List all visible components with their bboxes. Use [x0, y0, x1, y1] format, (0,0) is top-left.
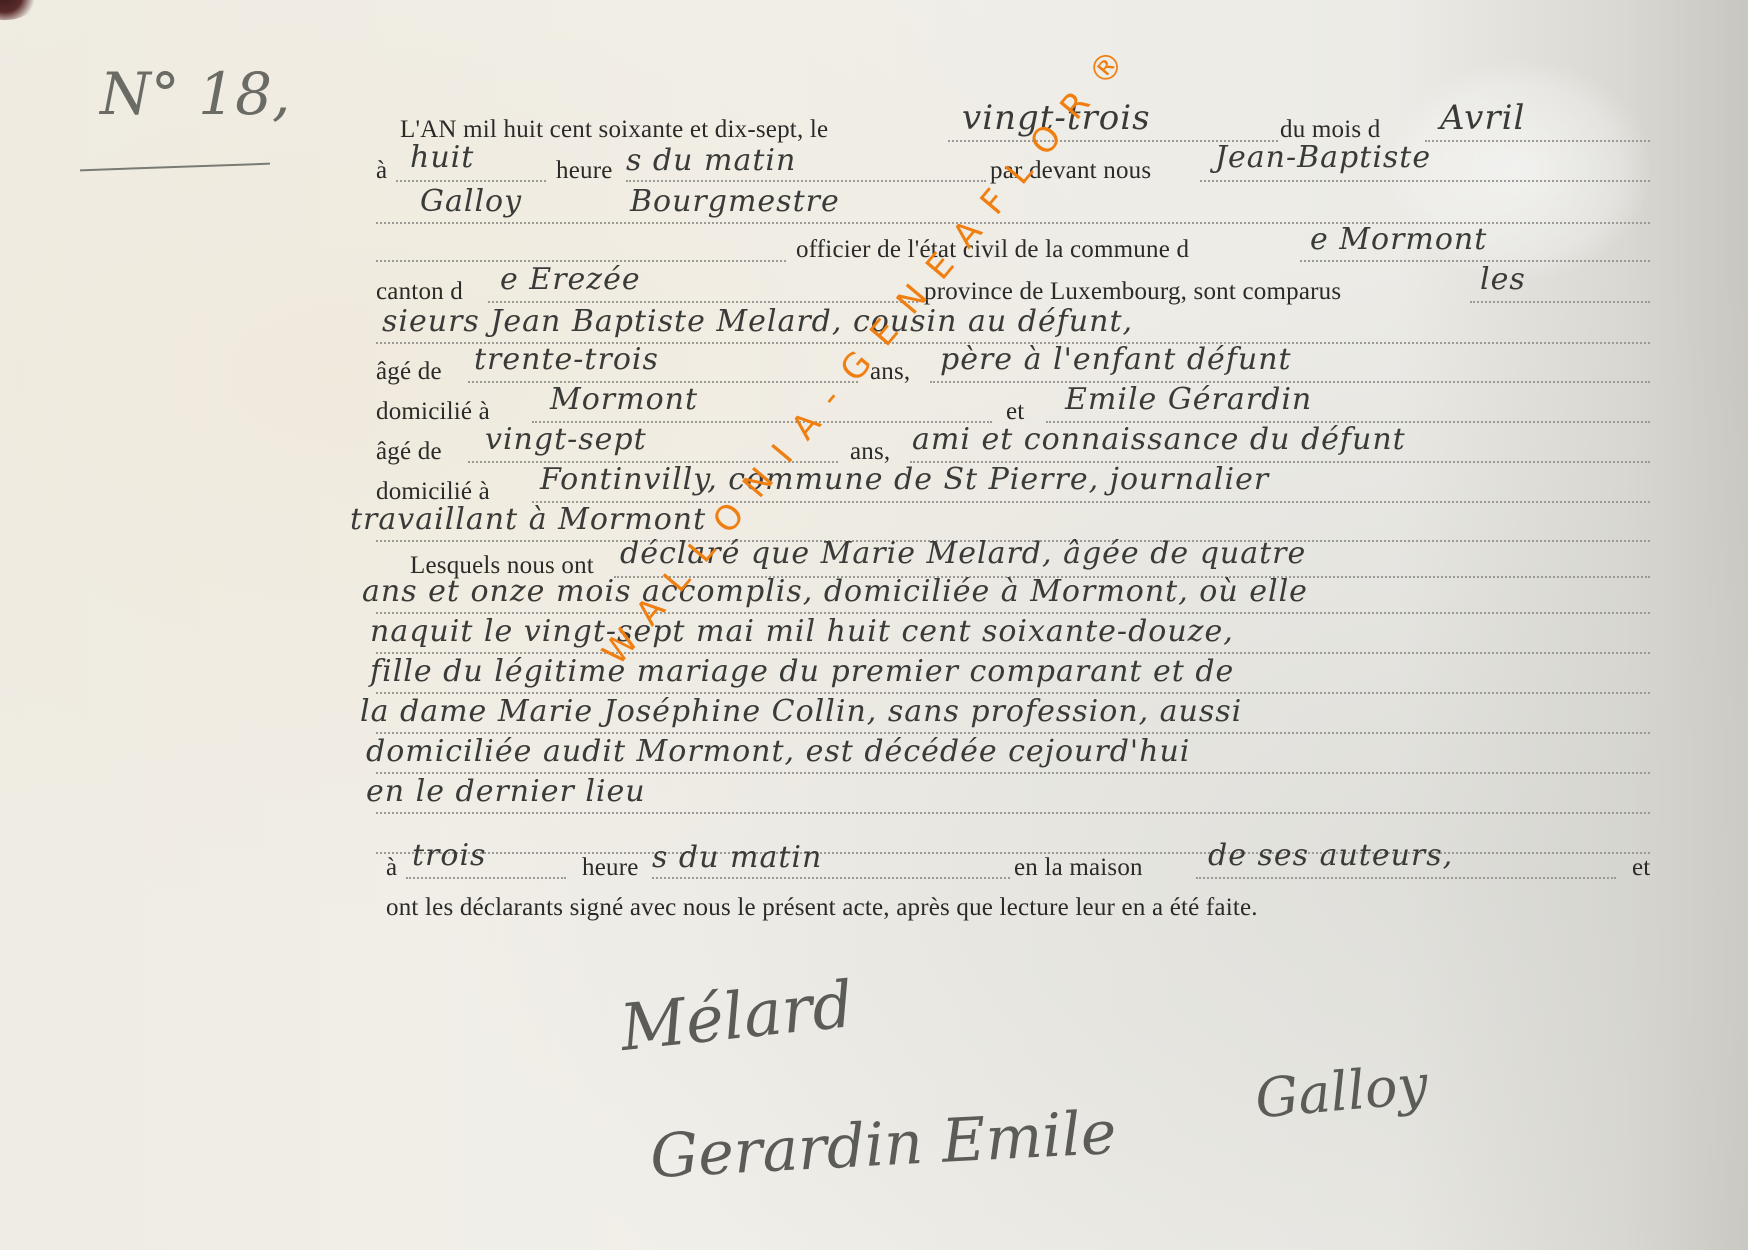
dotted-line	[1470, 301, 1650, 303]
handwritten-hour: huit	[410, 140, 474, 175]
handwritten-time-of-day: s du matin	[626, 143, 796, 178]
printed-officer-text: officier de l'état civil de la commune d	[796, 236, 1189, 264]
handwritten-officer-surname: Galloy	[420, 184, 522, 219]
handwritten-domicile-1: Mormont	[550, 382, 698, 417]
handwritten-death-time-of-day: s du matin	[652, 840, 822, 875]
page-corner-shadow	[0, 0, 40, 20]
handwritten-workplace: travaillant à Mormont	[350, 502, 706, 537]
signature-galloy: Galloy	[1253, 1053, 1431, 1131]
printed-et: et	[1632, 854, 1650, 882]
dotted-line	[396, 180, 546, 182]
handwritten-death-hour: trois	[412, 838, 486, 873]
handwritten-relation-1: père à l'enfant défunt	[940, 342, 1292, 377]
dotted-line	[488, 301, 918, 303]
dotted-line	[376, 812, 1650, 814]
handwritten-declaration-4: fille du légitime mariage du premier com…	[370, 654, 1234, 689]
printed-closing-text: ont les déclarants signé avec nous le pr…	[386, 894, 1258, 922]
handwritten-declarant-2: Emile Gérardin	[1065, 382, 1312, 417]
dotted-line	[1300, 260, 1650, 262]
handwritten-domicile-2: Fontinvilly, commune de St Pierre, journ…	[540, 462, 1269, 497]
handwritten-declarant-1: sieurs Jean Baptiste Melard, cousin au d…	[382, 304, 1133, 339]
printed-age-de: âgé de	[376, 438, 442, 466]
handwritten-age-1: trente-trois	[474, 342, 659, 377]
dotted-line	[1425, 140, 1650, 142]
handwritten-relation-2: ami et connaissance du défunt	[912, 422, 1406, 457]
act-number: N° 18,	[100, 60, 290, 128]
act-number-underline	[80, 163, 270, 172]
handwritten-declaration-2: ans et onze mois accomplis, domiciliée à…	[362, 574, 1308, 609]
handwritten-les: les	[1480, 262, 1526, 297]
handwritten-month: Avril	[1440, 98, 1525, 138]
printed-age-de: âgé de	[376, 358, 442, 386]
document-page: N° 18, L'AN mil huit cent soixante et di…	[0, 0, 1748, 1250]
signature-melard: Mélard	[617, 968, 857, 1066]
printed-a: à	[386, 854, 397, 882]
dotted-line	[1196, 877, 1616, 879]
printed-heure: heure	[556, 157, 613, 185]
handwritten-declaration-3: naquit le vingt-sept mai mil huit cent s…	[370, 614, 1234, 649]
handwritten-declaration-6: domiciliée audit Mormont, est décédée ce…	[366, 734, 1190, 769]
printed-province: province de Luxembourg, sont comparus	[924, 278, 1341, 306]
printed-domicilie: domicilié à	[376, 398, 490, 426]
dotted-line	[1200, 180, 1650, 182]
signature-gerardin: Gerardin Emile	[648, 1098, 1117, 1192]
dotted-line	[652, 877, 1010, 879]
dotted-line	[626, 180, 986, 182]
printed-a: à	[376, 157, 387, 185]
handwritten-death-place: de ses auteurs,	[1208, 838, 1453, 873]
printed-heure: heure	[582, 854, 639, 882]
handwritten-commune: e Mormont	[1310, 222, 1487, 257]
handwritten-canton: e Erezée	[500, 262, 641, 297]
printed-en-la-maison: en la maison	[1014, 854, 1143, 882]
handwritten-declaration-5: la dame Marie Joséphine Collin, sans pro…	[360, 694, 1242, 729]
handwritten-declaration-7: en le dernier lieu	[366, 774, 646, 809]
handwritten-age-2: vingt-sept	[485, 422, 647, 457]
handwritten-officer-title: Bourgmestre	[630, 184, 840, 219]
handwritten-officer-first-name: Jean-Baptiste	[1215, 140, 1431, 175]
dotted-line	[406, 877, 566, 879]
dotted-line	[376, 852, 1650, 854]
printed-canton: canton d	[376, 278, 463, 306]
